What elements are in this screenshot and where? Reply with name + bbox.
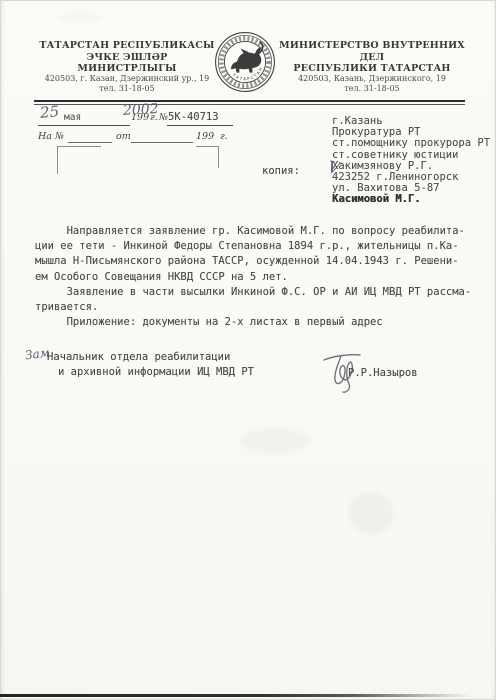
letterhead-right-org: МИНИСТЕРСТВО ВНУТРЕННИХ ДЕЛ РЕСПУБЛИКИ Т… [276, 40, 468, 75]
address-zone-bracket-right [196, 146, 219, 168]
reply-year-suffix: г. [220, 131, 228, 142]
scan-bottom-edge [0, 694, 470, 697]
signer-title-line1: Начальник отдела реабилитации [47, 351, 230, 363]
outgoing-number: 5К-40713 [168, 111, 219, 123]
address-left: 420503, г. Казан, Дзержинский ур., 19 [36, 74, 218, 84]
body-line: мышла Н-Письмянского района ТАССР, осужд… [35, 254, 471, 269]
letterhead-left-org: ТАТАРСТАН РЕСПУБЛИКАСЫ ЭЧКЕ ЭШЛӘР МИНИСТ… [36, 40, 218, 75]
copy-label: копия: [262, 165, 300, 177]
reply-from-label: от [116, 131, 131, 142]
letterhead-right-address: 420503, Казань, Дзержинского, 19 тел. 31… [276, 74, 468, 93]
phone-left: тел. 31-18-05 [36, 84, 218, 94]
reply-underline-1 [68, 141, 112, 143]
date-underline [38, 124, 130, 126]
org-name-russian-line2: РЕСПУБЛИКИ ТАТАРСТАН [276, 63, 468, 75]
handwritten-day: 25 [39, 102, 60, 122]
typed-month: мая [64, 112, 81, 123]
signer-title-line2: и архивной информации ИЦ МВД РТ [58, 366, 254, 378]
org-name-tatar-line2: ЭЧКЕ ЭШЛӘР МИНИСТРЛЫГЫ [36, 52, 218, 75]
recipient-block: г.Казань Прокуратура РТ ст.помощнику про… [332, 116, 490, 206]
body-line: Приложение: документы на 2-х листах в пе… [35, 315, 471, 330]
letterhead-left-address: 420503, г. Казан, Дзержинский ур., 19 те… [36, 74, 218, 93]
letter-body: Направляется заявление гр. Касимовой М.Г… [35, 224, 471, 330]
org-name-tatar-line1: ТАТАРСТАН РЕСПУБЛИКАСЫ [36, 40, 218, 52]
signer-name: Р.Р.Назыров [348, 367, 418, 379]
body-line: Заявление в части высылки Инкиной Ф.С. О… [35, 285, 471, 300]
reply-year: 199 [196, 131, 214, 142]
scan-smudge [60, 12, 100, 22]
org-name-russian-line1: МИНИСТЕРСТВО ВНУТРЕННИХ ДЕЛ [276, 40, 468, 63]
tatarstan-coat-of-arms-icon: ТАТАРСТАН [214, 31, 276, 93]
body-line: ем Особого Совещания НКВД СССР на 5 лет. [35, 270, 471, 285]
recipient-line-applicant: Касимовой М.Г. [332, 194, 490, 205]
body-line: ции ее тети - Инкиной Федоры Степановна … [35, 239, 471, 254]
recipient-line: ст.помощнику прокурора РТ [332, 138, 490, 149]
year-suffix: г. [150, 112, 158, 123]
body-line: Направляется заявление гр. Касимовой М.Г… [35, 224, 471, 239]
address-right: 420503, Казань, Дзержинского, 19 [276, 74, 468, 84]
scanned-letter-page: ТАТАРСТАН РЕСПУБЛИКАСЫ ЭЧКЕ ЭШЛӘР МИНИСТ… [0, 0, 496, 700]
scan-smudge [348, 492, 394, 534]
body-line: тривается. [35, 300, 471, 315]
letterhead-rule-thick [34, 100, 465, 102]
reply-label: На № [38, 131, 64, 142]
number-underline [167, 124, 233, 126]
address-zone-bracket-left [57, 146, 101, 174]
phone-right: тел. 31-18-05 [276, 84, 468, 94]
number-sign: № [159, 112, 168, 123]
letterhead-rule-thin [34, 104, 465, 105]
reply-underline-2 [131, 141, 193, 143]
scan-smudge [240, 428, 310, 454]
